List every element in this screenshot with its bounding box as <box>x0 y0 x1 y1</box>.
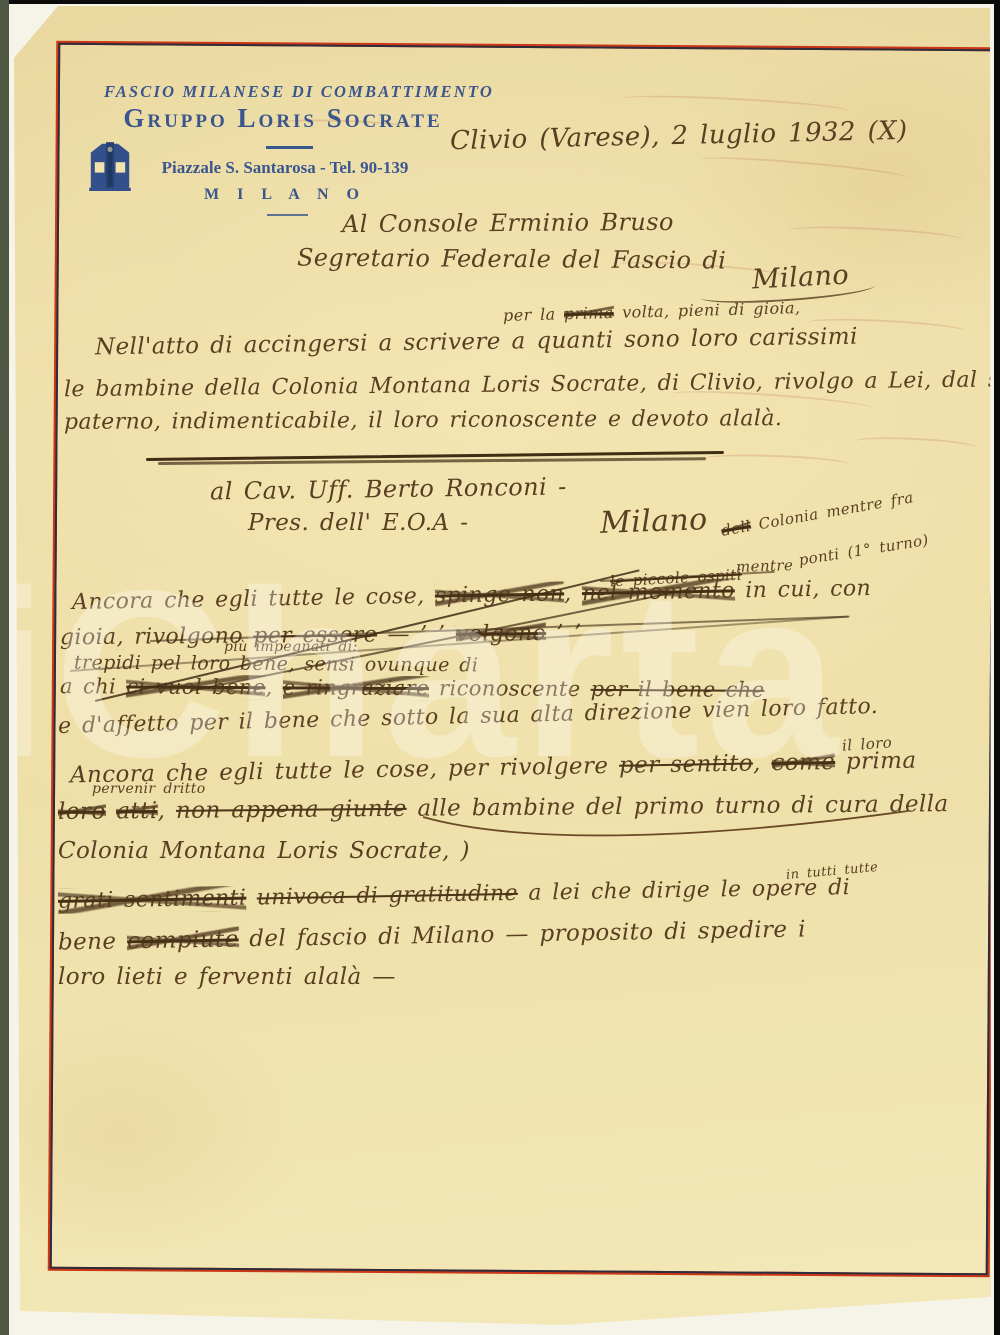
letterhead-city: M I L A N O <box>200 186 370 204</box>
pen-flourish-curve <box>420 803 915 845</box>
fascio-emblem-icon <box>86 139 134 195</box>
manuscript-recipient-4: Pres. dell' E.O.A - <box>248 511 468 536</box>
manuscript-line: Colonia Montana Loris Socrate, ) <box>58 839 470 864</box>
manuscript-recipient-1: Al Console Erminio Bruso <box>342 209 674 238</box>
letterhead-address: Piazzale S. Santarosa - Tel. 90-139 <box>150 158 420 178</box>
letterhead-divider <box>266 146 313 149</box>
letterhead-group-name: Gruppo Loris Socrate <box>118 103 448 134</box>
manuscript-line: loro lieti e ferventi alalà — <box>58 965 396 990</box>
manuscript-insertion: pervenir dritto <box>92 782 206 797</box>
manuscript-recipient-3: al Cav. Uff. Berto Ronconi - <box>210 474 567 505</box>
photo-left-edge <box>0 0 9 1335</box>
letterhead-org-name: FASCIO MILANESE DI COMBATTIMENTO <box>104 82 466 102</box>
scanned-letter-photo: { "photo": { "background_color": "#0b0b0… <box>0 0 1000 1335</box>
manuscript-recipient-2: Segretario Federale del Fascio di <box>297 245 726 274</box>
manuscript-line: paterno, indimenticabile, il loro ricono… <box>64 407 782 435</box>
letterhead-divider <box>267 214 308 216</box>
letter-paper: FASCIO MILANESE DI COMBATTIMENTO Gruppo … <box>0 0 1000 1335</box>
manuscript-line: a chi ci vuol bene, e ringraziare ricono… <box>60 675 765 702</box>
manuscript-recipient-city-2: Milano <box>599 503 708 540</box>
